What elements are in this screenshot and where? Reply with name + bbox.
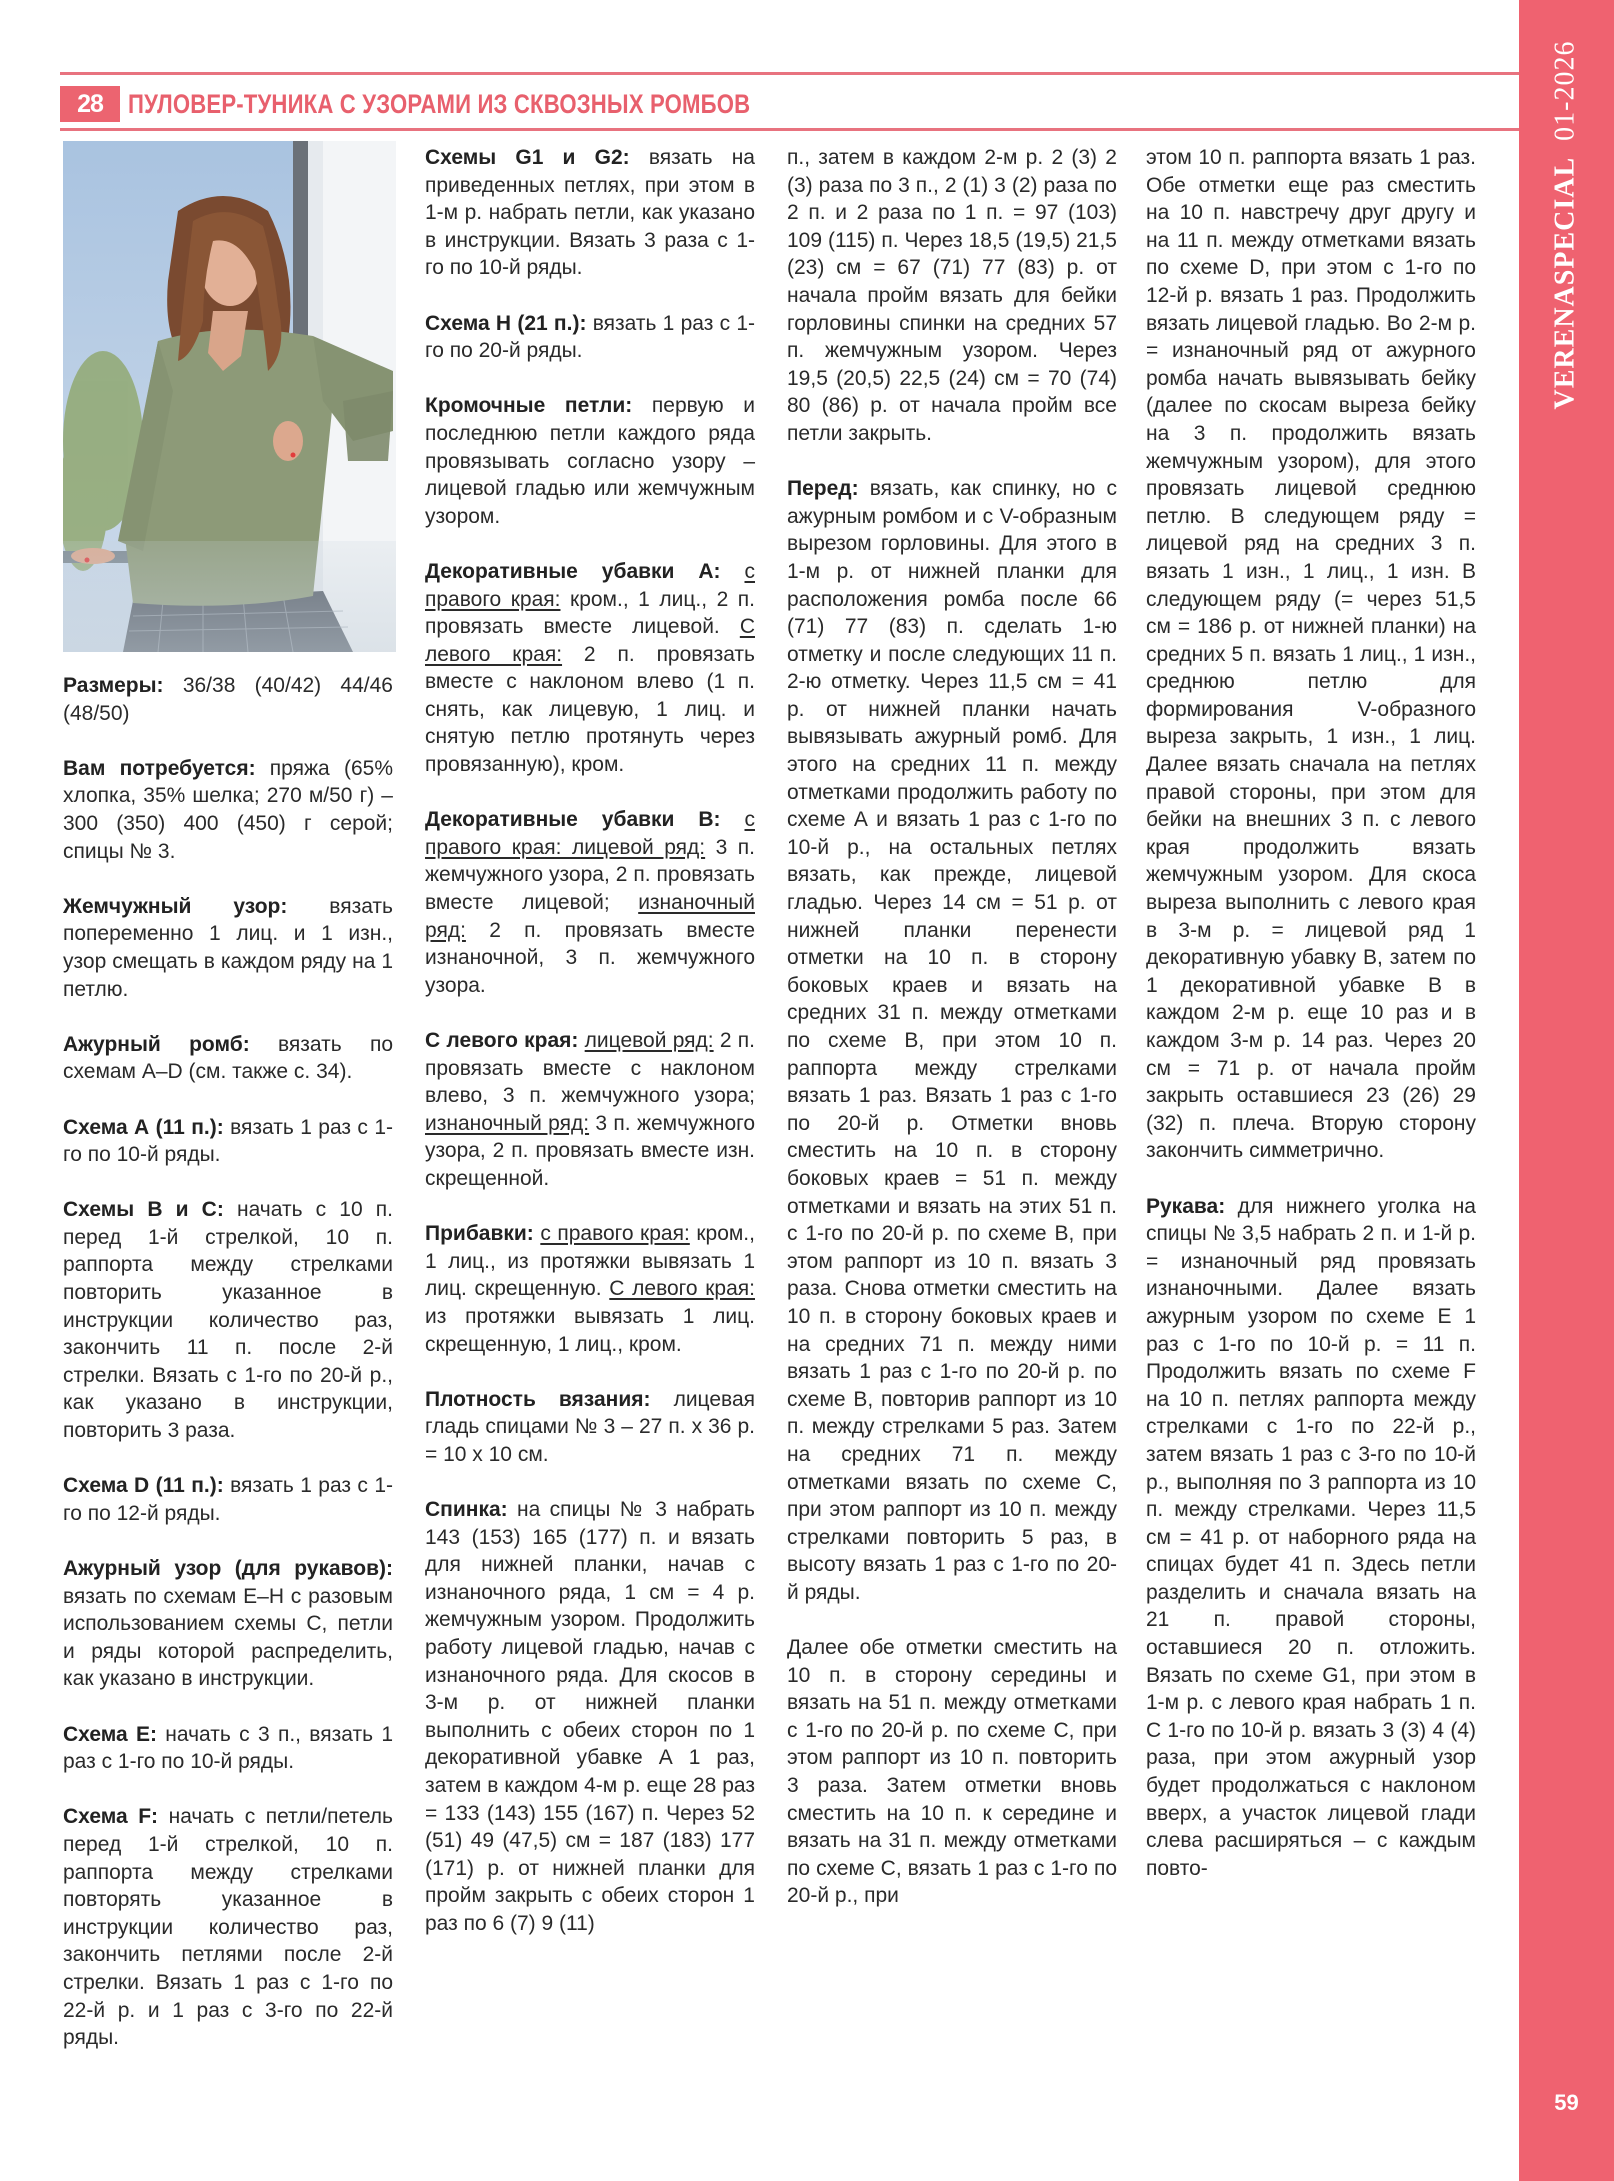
front-further-text: Далее обе отметки сместить на 10 п. в ст… xyxy=(787,1636,1117,1907)
magazine-issue-label: VERENASPECIAL 01-2026 xyxy=(1530,60,1600,390)
decrease-b-label: Декоративные убавки В: xyxy=(425,808,721,831)
section-scheme-a: Схема А (11 п.): вязать 1 раз с 1-го по … xyxy=(63,1114,393,1169)
issue-number: 01-2026 xyxy=(1549,41,1580,141)
sleeves-label: Рукава: xyxy=(1146,1195,1225,1218)
article-title-bar: 28 ПУЛОВЕР-ТУНИКА С УЗОРАМИ ИЗ СКВОЗНЫХ … xyxy=(60,86,887,122)
header-rule-top xyxy=(60,72,1520,75)
increases-label: Прибавки: xyxy=(425,1222,534,1245)
scheme-bc-text: начать с 10 п. перед 1-й стрелкой, 10 п.… xyxy=(63,1198,393,1442)
pattern-number-badge: 28 xyxy=(60,86,120,122)
sleeve-pattern-text: вязать по схемам E–H с разовым использов… xyxy=(63,1585,393,1691)
scheme-h-label: Схема Н (21 п.): xyxy=(425,312,586,335)
header-rule-bottom xyxy=(60,128,1520,131)
section-gauge: Плотность вязания: лицевая гладь спицами… xyxy=(425,1386,755,1469)
scheme-bc-label: Схемы В и С: xyxy=(63,1198,224,1221)
scheme-d-label: Схема D (11 п.): xyxy=(63,1474,224,1497)
section-front-continued: этом 10 п. раппорта вязать 1 раз. Обе от… xyxy=(1146,144,1476,1165)
section-back-continued: п., затем в каждом 2-м р. 2 (3) 2 (3) ра… xyxy=(787,144,1117,448)
column-4: этом 10 п. раппорта вязать 1 раз. Обе от… xyxy=(1146,144,1476,1910)
left-edge-purl-row: изнаночный ряд: xyxy=(425,1112,589,1135)
sleeve-pattern-label: Ажурный узор (для рукавов): xyxy=(63,1557,393,1580)
sizes-label: Размеры: xyxy=(63,674,164,697)
sleeves-text: для нижнего уголка на спицы № 3,5 набрат… xyxy=(1146,1195,1476,1880)
section-scheme-bc: Схемы В и С: начать с 10 п. перед 1-й ст… xyxy=(63,1196,393,1444)
openwork-rhomb-label: Ажурный ромб: xyxy=(63,1033,250,1056)
front-label: Перед: xyxy=(787,477,859,500)
model-photo xyxy=(63,141,396,652)
article-title: ПУЛОВЕР-ТУНИКА С УЗОРАМИ ИЗ СКВОЗНЫХ РОМ… xyxy=(128,89,750,120)
section-pearl-pattern: Жемчужный узор: вязать попеременно 1 лиц… xyxy=(63,893,393,1003)
section-scheme-d: Схема D (11 п.): вязать 1 раз с 1-го по … xyxy=(63,1472,393,1527)
pearl-pattern-label: Жемчужный узор: xyxy=(63,895,287,918)
increases-right-edge: с правого края: xyxy=(540,1222,689,1245)
page-number: 59 xyxy=(1519,2090,1614,2116)
scheme-g-label: Схемы G1 и G2: xyxy=(425,146,630,169)
section-edge-stitches: Кромочные петли: первую и последнюю петл… xyxy=(425,392,755,530)
materials-label: Вам потребуется: xyxy=(63,757,256,780)
section-scheme-g: Схемы G1 и G2: вязать на приведенных пет… xyxy=(425,144,755,282)
decrease-a-label: Декоративные убавки А: xyxy=(425,560,721,583)
left-edge-label: С левого края: xyxy=(425,1029,578,1052)
section-front-further: Далее обе отметки сместить на 10 п. в ст… xyxy=(787,1634,1117,1910)
section-left-edge: С левого края: лицевой ряд: 2 п. провяза… xyxy=(425,1027,755,1193)
section-materials: Вам потребуется: пряжа (65% хлопка, 35% … xyxy=(63,755,393,865)
scheme-f-text: начать с петли/петель перед 1-й стрелкой… xyxy=(63,1805,393,2049)
column-1: Размеры: 36/38 (40/42) 44/46 (48/50) Вам… xyxy=(63,672,393,2079)
left-edge-knit-row: лицевой ряд: xyxy=(585,1029,714,1052)
section-back: Спинка: на спицы № 3 набрать 143 (153) 1… xyxy=(425,1496,755,1938)
section-decrease-b: Декоративные убавки В: с правого края: л… xyxy=(425,806,755,999)
section-sleeves: Рукава: для нижнего уголка на спицы № 3,… xyxy=(1146,1193,1476,1883)
increases-left-edge: С левого края: xyxy=(609,1277,755,1300)
front-text: вязать, как спинку, но с ажурным ромбом … xyxy=(787,477,1117,1604)
back-text: на спицы № 3 набрать 143 (153) 165 (177)… xyxy=(425,1498,755,1935)
model-photo-illustration xyxy=(63,141,396,652)
section-scheme-e: Схема Е: начать с 3 п., вязать 1 раз с 1… xyxy=(63,1721,393,1776)
back-label: Спинка: xyxy=(425,1498,508,1521)
section-openwork-rhomb: Ажурный ромб: вязать по схемам A–D (см. … xyxy=(63,1031,393,1086)
scheme-a-label: Схема А (11 п.): xyxy=(63,1116,224,1139)
scheme-f-label: Схема F: xyxy=(63,1805,158,1828)
decrease-b-text-2: 2 п. провязать вместе изнаночной, 3 п. ж… xyxy=(425,919,755,997)
edge-stitches-label: Кромочные петли: xyxy=(425,394,632,417)
column-3: п., затем в каждом 2-м р. 2 (3) 2 (3) ра… xyxy=(787,144,1117,1938)
section-scheme-h: Схема Н (21 п.): вязать 1 раз с 1-го по … xyxy=(425,310,755,365)
scheme-e-label: Схема Е: xyxy=(63,1723,157,1746)
section-decrease-a: Декоративные убавки А: с правого края: к… xyxy=(425,558,755,779)
increases-text-2: из протяжки вывязать 1 лиц. скрещенную, … xyxy=(425,1305,755,1356)
gauge-label: Плотность вязания: xyxy=(425,1388,651,1411)
section-scheme-f: Схема F: начать с петли/петель перед 1-й… xyxy=(63,1803,393,2051)
back-continued-text: п., затем в каждом 2-м р. 2 (3) 2 (3) ра… xyxy=(787,146,1117,445)
section-front: Перед: вязать, как спинку, но с ажурным … xyxy=(787,475,1117,1606)
magazine-brand: VERENASPECIAL xyxy=(1549,157,1580,410)
front-continued-text: этом 10 п. раппорта вязать 1 раз. Обе от… xyxy=(1146,146,1476,1162)
section-sizes: Размеры: 36/38 (40/42) 44/46 (48/50) xyxy=(63,672,393,727)
section-increases: Прибавки: с правого края: кром., 1 лиц.,… xyxy=(425,1220,755,1358)
column-2: Схемы G1 и G2: вязать на приведенных пет… xyxy=(425,144,755,1965)
section-sleeve-pattern: Ажурный узор (для рукавов): вязать по сх… xyxy=(63,1555,393,1693)
